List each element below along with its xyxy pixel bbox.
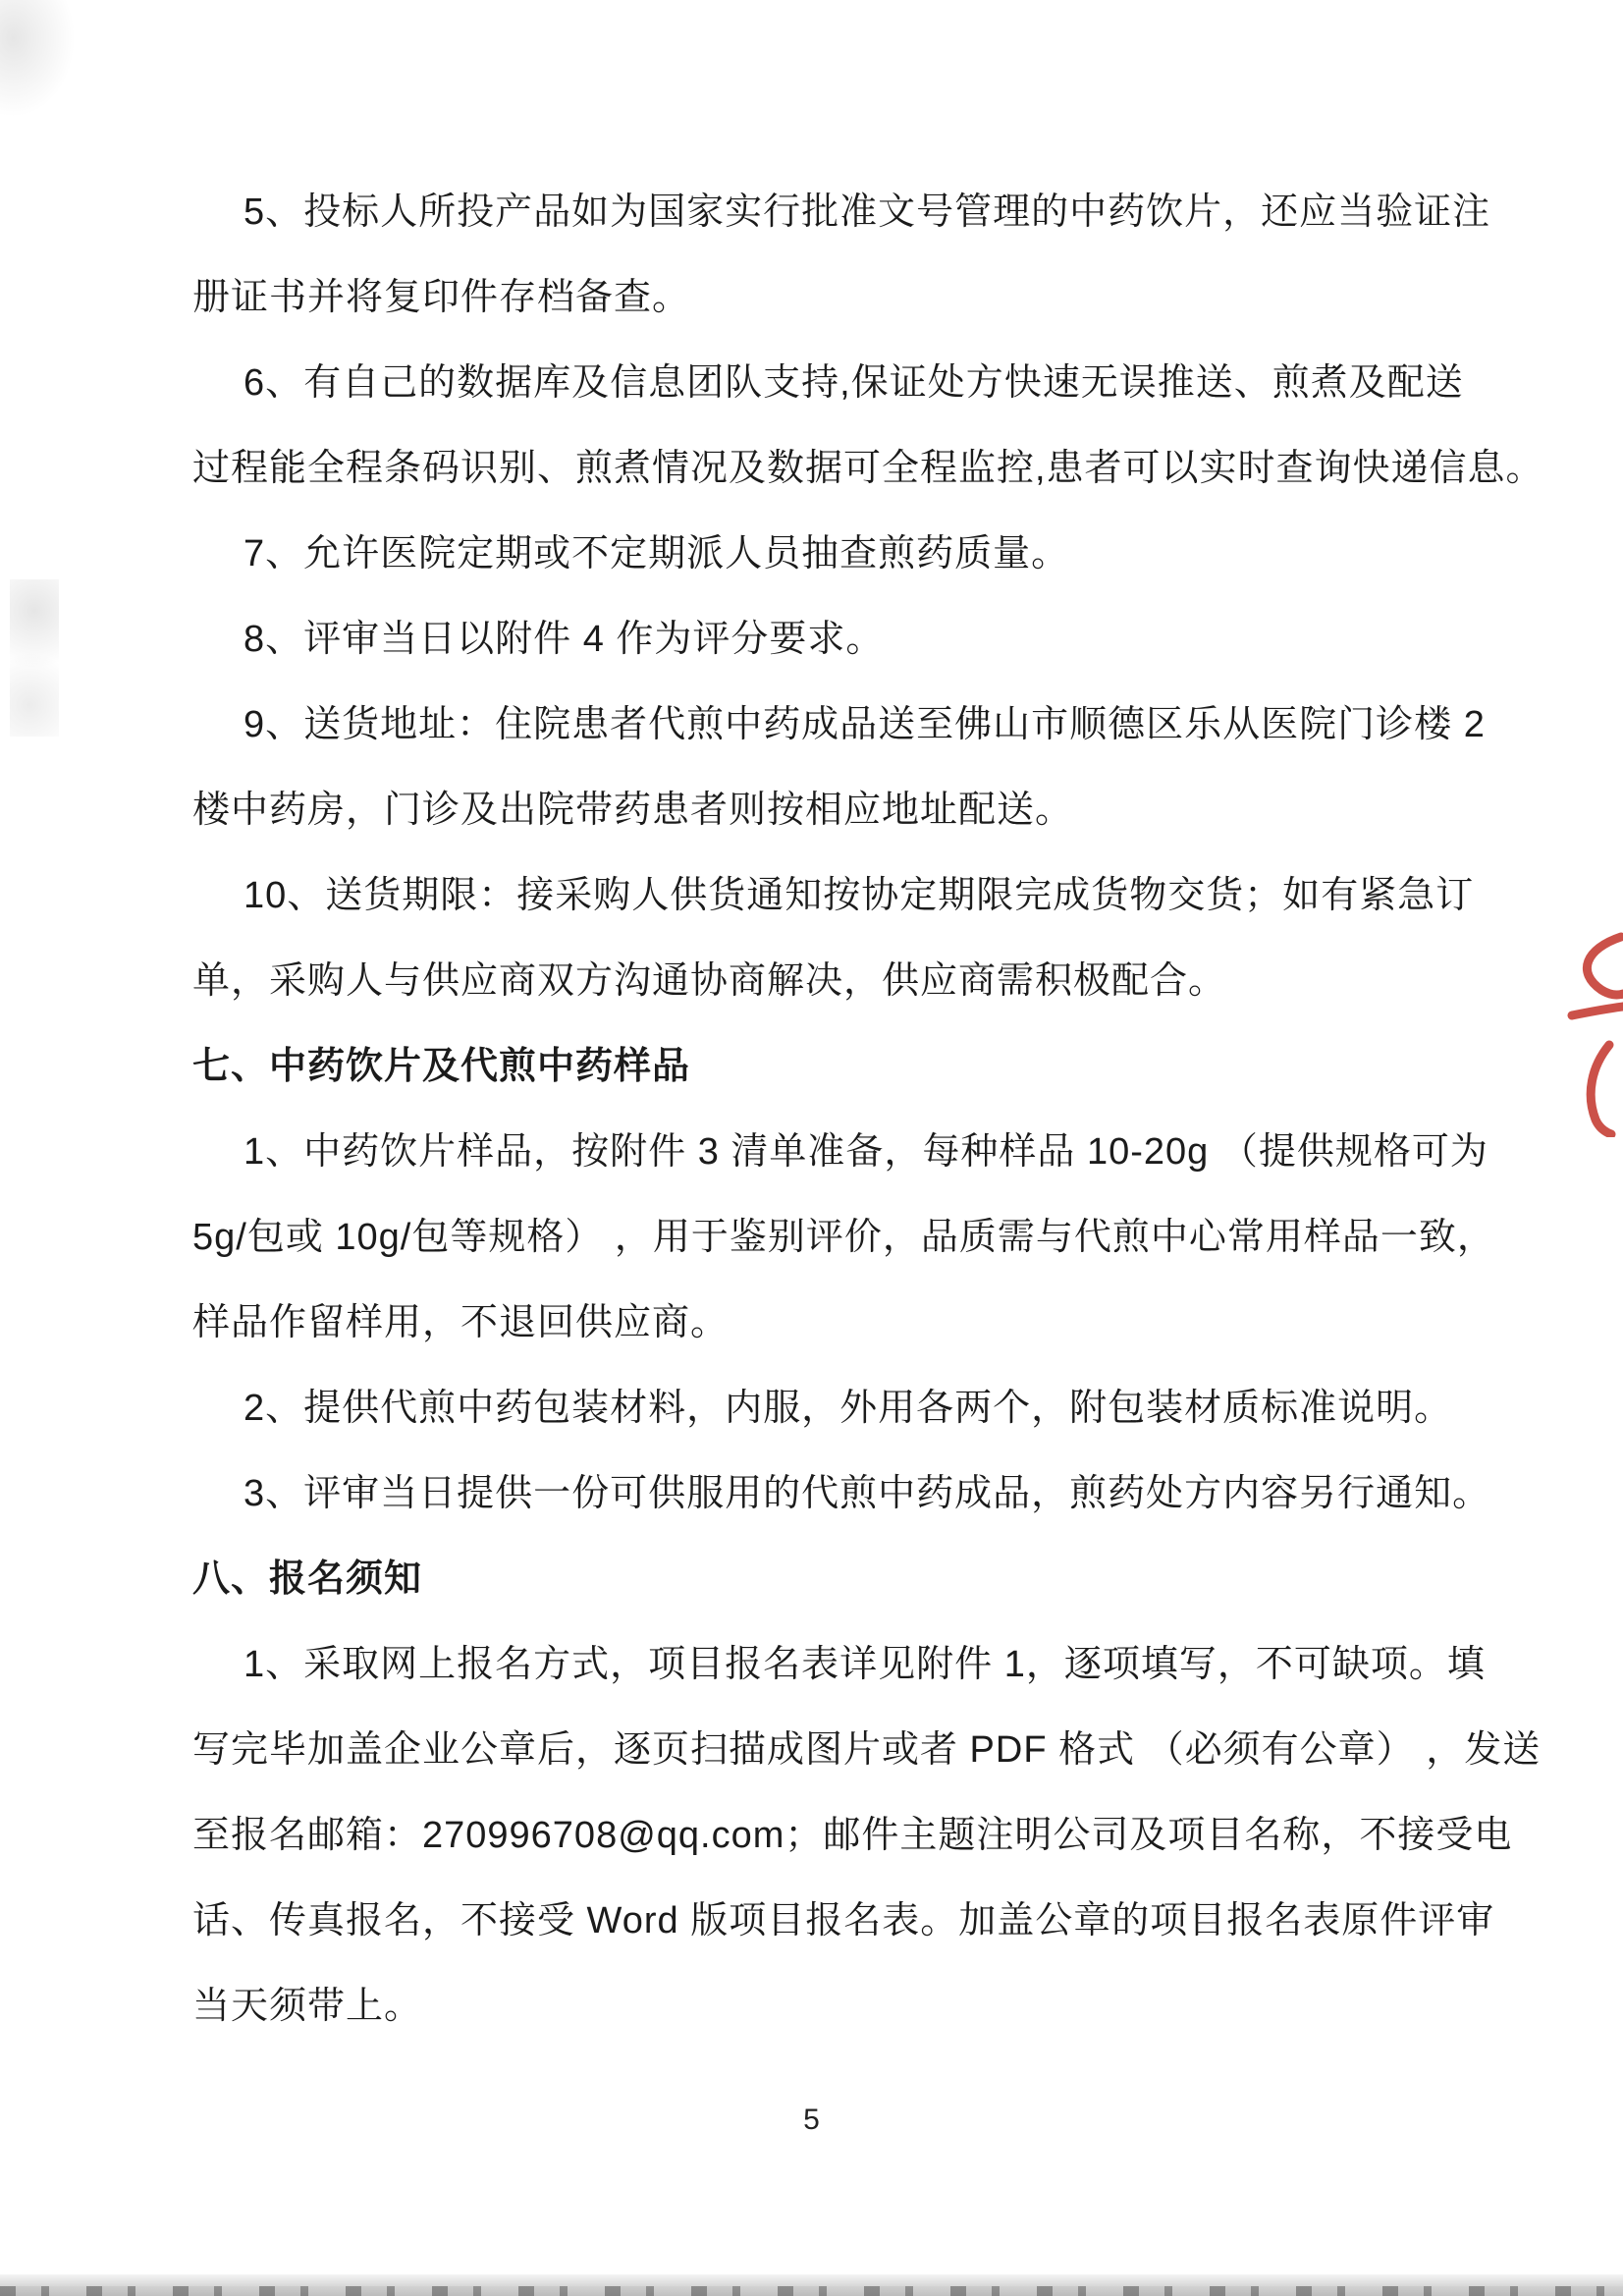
text-line: 样品作留样用，不退回供应商。 — [192, 1276, 1557, 1361]
text-line: 5、投标人所投产品如为国家实行批准文号管理的中药饮片，还应当验证注 — [192, 165, 1557, 250]
text-line: 9、送货地址：住院患者代煎中药成品送至佛山市顺德区乐从医院门诊楼 2 — [192, 678, 1557, 763]
text-line: 单，采购人与供应商双方沟通协商解决，供应商需积极配合。 — [192, 934, 1557, 1019]
document-page: 5、投标人所投产品如为国家实行批准文号管理的中药饮片，还应当验证注册证书并将复印… — [0, 0, 1623, 2296]
text-line: 至报名邮箱：270996708@qq.com；邮件主题注明公司及项目名称，不接受… — [192, 1788, 1557, 1874]
section-heading: 七、中药饮片及代煎中药样品 — [192, 1019, 1557, 1105]
text-line: 2、提供代煎中药包装材料，内服，外用各两个，附包装材质标准说明。 — [192, 1361, 1557, 1447]
text-line: 5g/包或 10g/包等规格） ，用于鉴别评价，品质需与代煎中心常用样品一致， — [192, 1190, 1557, 1276]
text-line: 7、允许医院定期或不定期派人员抽查煎药质量。 — [192, 507, 1557, 592]
text-line: 当天须带上。 — [192, 1959, 1557, 2045]
text-line: 8、评审当日以附件 4 作为评分要求。 — [192, 592, 1557, 678]
page-number: 5 — [0, 2104, 1623, 2137]
scan-edge-artifact — [0, 2274, 1623, 2296]
text-line: 1、中药饮片样品，按附件 3 清单准备，每种样品 10-20g （提供规格可为 — [192, 1105, 1557, 1190]
text-line: 过程能全程条码识别、煎煮情况及数据可全程监控,患者可以实时查询快递信息。 — [192, 421, 1557, 507]
section-heading: 八、报名须知 — [192, 1532, 1557, 1617]
document-text: 5、投标人所投产品如为国家实行批准文号管理的中药饮片，还应当验证注册证书并将复印… — [192, 165, 1557, 2045]
text-line: 楼中药房，门诊及出院带药患者则按相应地址配送。 — [192, 763, 1557, 848]
scan-smudge-left-edge — [10, 579, 59, 737]
text-line: 册证书并将复印件存档备查。 — [192, 250, 1557, 336]
text-line: 1、采取网上报名方式，项目报名表详见附件 1，逐项填写，不可缺项。填 — [192, 1617, 1557, 1703]
red-stamp-fragment-icon — [1546, 931, 1623, 1137]
text-line: 6、有自己的数据库及信息团队支持,保证处方快速无误推送、煎煮及配送 — [192, 336, 1557, 421]
text-line: 话、传真报名，不接受 Word 版项目报名表。加盖公章的项目报名表原件评审 — [192, 1874, 1557, 1959]
scan-smudge-top-left — [0, 0, 83, 128]
text-line: 10、送货期限：接采购人供货通知按协定期限完成货物交货；如有紧急订 — [192, 848, 1557, 934]
text-line: 3、评审当日提供一份可供服用的代煎中药成品，煎药处方内容另行通知。 — [192, 1447, 1557, 1532]
text-line: 写完毕加盖企业公章后，逐页扫描成图片或者 PDF 格式 （必须有公章） ，发送 — [192, 1703, 1557, 1788]
